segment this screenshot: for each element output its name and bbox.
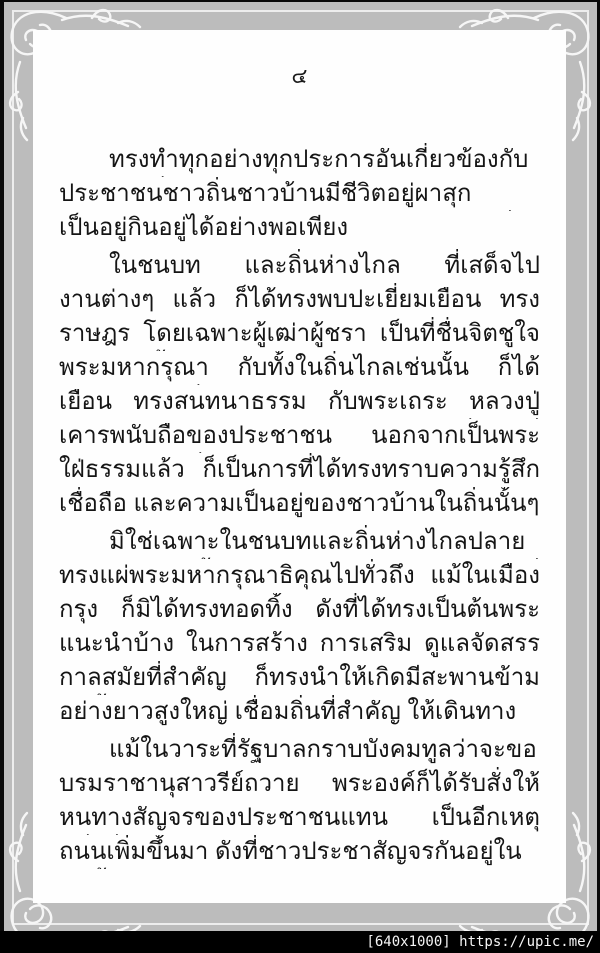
paragraph: ทรงทำทุกอย่างทุกประการอันเกี่ยวข้องกับกา… xyxy=(59,143,540,245)
text-line: เคารพนับถือของประชาชน นอกจากเป็นพระราชอั… xyxy=(59,419,540,453)
text-line: เป็นอยู่กินอยู่ได้อย่างพอเพียง xyxy=(59,211,540,245)
text-line: กรุง ก็มิได้ทรงทอดทิ้ง ดังที่ได้ทรงเป็นต… xyxy=(59,593,540,627)
text-line: แม้ในวาระที่รัฐบาลกราบบังคมทูลว่าจะขอสร้… xyxy=(59,733,540,767)
page-paragraphs: ทรงทำทุกอย่างทุกประการอันเกี่ยวข้องกับกา… xyxy=(33,143,566,869)
text-line: แนะนำบ้าง ในการสร้าง การเสริม ดูแลจัดสรร… xyxy=(59,627,540,661)
text-line: มิใช่เฉพาะในชนบทและถิ่นห่างไกลปลายแดนเท่… xyxy=(59,525,540,559)
text-line: พระมหากรุณา กับทั้งในถิ่นไกลเช่นนั้น ก็ไ… xyxy=(59,351,540,385)
page-number: ๔ xyxy=(33,60,566,93)
text-line: หนทางสัญจรของประชาชนแทน เป็นอีกเหตุหนึ่ง… xyxy=(59,801,540,835)
watermark-bar: [640x1000] https://upic.me/ xyxy=(0,931,600,953)
text-line: ราษฎร โดยเฉพาะผู้เฒ่าผู้ชรา เป็นที่ชื่นจ… xyxy=(59,317,540,351)
text-line: ใฝ่ธรรมแล้ว ก็เป็นการที่ได้ทรงทราบความรู… xyxy=(59,453,540,487)
text-line: ถนนเพิ่มขึ้นมา ดังที่ชาวประชาสัญจรกันอยู… xyxy=(59,835,540,869)
text-line: ทรงทำทุกอย่างทุกประการอันเกี่ยวข้องกับกา… xyxy=(59,143,540,177)
text-line: ในชนบท และถิ่นห่างไกล ที่เสด็จไป นอกจากก… xyxy=(59,249,540,283)
text-line: อย่างยาวสูงใหญ่ เชื่อมถิ่นที่สำคัญ ให้เด… xyxy=(59,695,540,729)
text-line: เยือน ทรงสนทนาธรรม กับพระเถระ หลวงปู่ หล… xyxy=(59,385,540,419)
paragraph: มิใช่เฉพาะในชนบทและถิ่นห่างไกลปลายแดนเท่… xyxy=(59,525,540,729)
text-line: ทรงแผ่พระมหากรุณาธิคุณไปทั่วถึง แม้ในเมื… xyxy=(59,559,540,593)
text-line: ประชาชนชาวถิ่นชาวบ้านมีชีวิตอยู่ผาสุก สะ… xyxy=(59,177,540,211)
text-line: บรมราชานุสาวรีย์ถวาย พระองค์ก็ได้รับสั่ง… xyxy=(59,767,540,801)
watermark-text: [640x1000] https://upic.me/ xyxy=(366,934,594,950)
document-page: ๔ ทรงทำทุกอย่างทุกประการอันเกี่ยวข้องกับ… xyxy=(33,30,566,903)
paragraph: ในชนบท และถิ่นห่างไกล ที่เสด็จไป นอกจากก… xyxy=(59,249,540,521)
text-line: งานต่างๆ แล้ว ก็ได้ทรงพบปะเยี่ยมเยือน ทร… xyxy=(59,283,540,317)
text-line: กาลสมัยที่สำคัญ ก็ทรงนำให้เกิดมีสะพานข้า… xyxy=(59,661,540,695)
paragraph: แม้ในวาระที่รัฐบาลกราบบังคมทูลว่าจะขอสร้… xyxy=(59,733,540,869)
text-line: เชื่อถือ และความเป็นอยู่ของชาวบ้านในถิ่น… xyxy=(59,487,540,521)
